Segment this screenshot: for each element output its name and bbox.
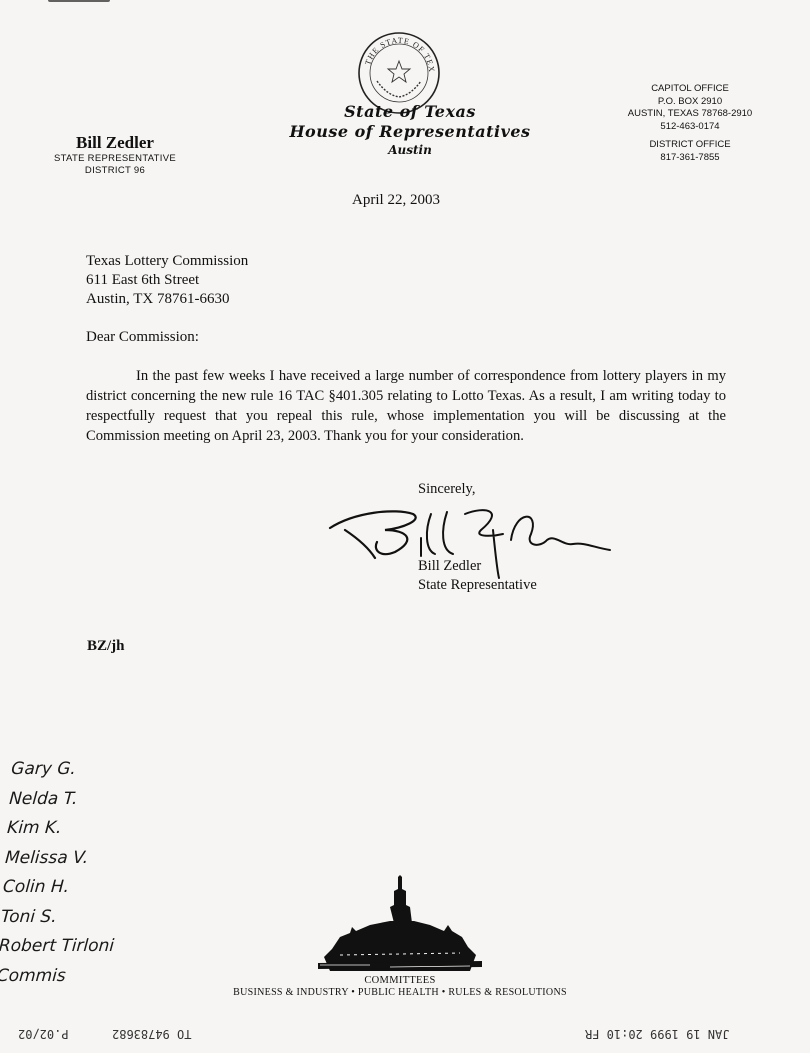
routing-name: Nelda T. (8, 785, 125, 815)
recipient-line: 611 East 6th Street (86, 271, 248, 290)
capitol-office-heading: CAPITOL OFFICE (605, 83, 775, 96)
routing-name: Gary G. (10, 755, 127, 785)
capitol-building-icon (310, 875, 490, 975)
signer-name: Bill Zedler (418, 557, 537, 576)
capitol-po-box: P.O. BOX 2910 (605, 96, 775, 109)
city-line: Austin (280, 143, 540, 157)
house-line: House of Representatives (280, 122, 540, 141)
closing: Sincerely, (418, 481, 475, 498)
fax-page-number: P.02/02 (18, 1027, 69, 1041)
committees-list: BUSINESS & INDUSTRY • PUBLIC HEALTH • RU… (200, 987, 600, 999)
letterhead-title: State of Texas House of Representatives … (280, 102, 540, 157)
signer-block: Bill Zedler State Representative (418, 557, 537, 595)
signer-title: State Representative (418, 576, 537, 595)
routing-name: Colin H. (2, 873, 119, 903)
recipient-line: Texas Lottery Commission (86, 252, 248, 271)
typist-initials: BZ/jh (87, 638, 125, 655)
representative-title: STATE REPRESENTATIVE (30, 153, 200, 165)
district-phone: 817-361-7855 (605, 152, 775, 165)
committees-footer: COMMITTEES BUSINESS & INDUSTRY • PUBLIC … (200, 975, 600, 999)
representative-name: Bill Zedler (30, 133, 200, 153)
capitol-city: AUSTIN, TEXAS 78768-2910 (605, 108, 775, 121)
capitol-phone: 512-463-0174 (605, 121, 775, 134)
representative-block: Bill Zedler STATE REPRESENTATIVE DISTRIC… (30, 133, 200, 177)
district-office-heading: DISTRICT OFFICE (605, 139, 775, 152)
fax-transmission-header: P.02/02 TO 94783682 JAN 19 1999 20:10 FR (0, 1027, 810, 1045)
letter-body: In the past few weeks I have received a … (86, 366, 726, 446)
letter-date: April 22, 2003 (280, 192, 512, 209)
routing-name: Commis (0, 962, 113, 992)
routing-name: Toni S. (0, 903, 117, 933)
recipient-line: Austin, TX 78761-6630 (86, 290, 248, 309)
fax-datetime: JAN 19 1999 20:10 FR (585, 1027, 730, 1041)
cut-off-fax-text (48, 0, 110, 2)
state-line: State of Texas (280, 102, 540, 121)
office-addresses: CAPITOL OFFICE P.O. BOX 2910 AUSTIN, TEX… (605, 83, 775, 164)
salutation: Dear Commission: (86, 329, 199, 346)
committees-title: COMMITTEES (200, 975, 600, 987)
recipient-address: Texas Lottery Commission 611 East 6th St… (86, 252, 248, 309)
routing-name: Robert Tirloni (0, 932, 115, 962)
fax-to-number: TO 94783682 (112, 1027, 191, 1041)
routing-name: Melissa V. (4, 844, 121, 874)
routing-name: Kim K. (6, 814, 123, 844)
representative-district: DISTRICT 96 (30, 165, 200, 177)
handwritten-routing-list: Gary G. Nelda T. Kim K. Melissa V. Colin… (0, 755, 128, 991)
